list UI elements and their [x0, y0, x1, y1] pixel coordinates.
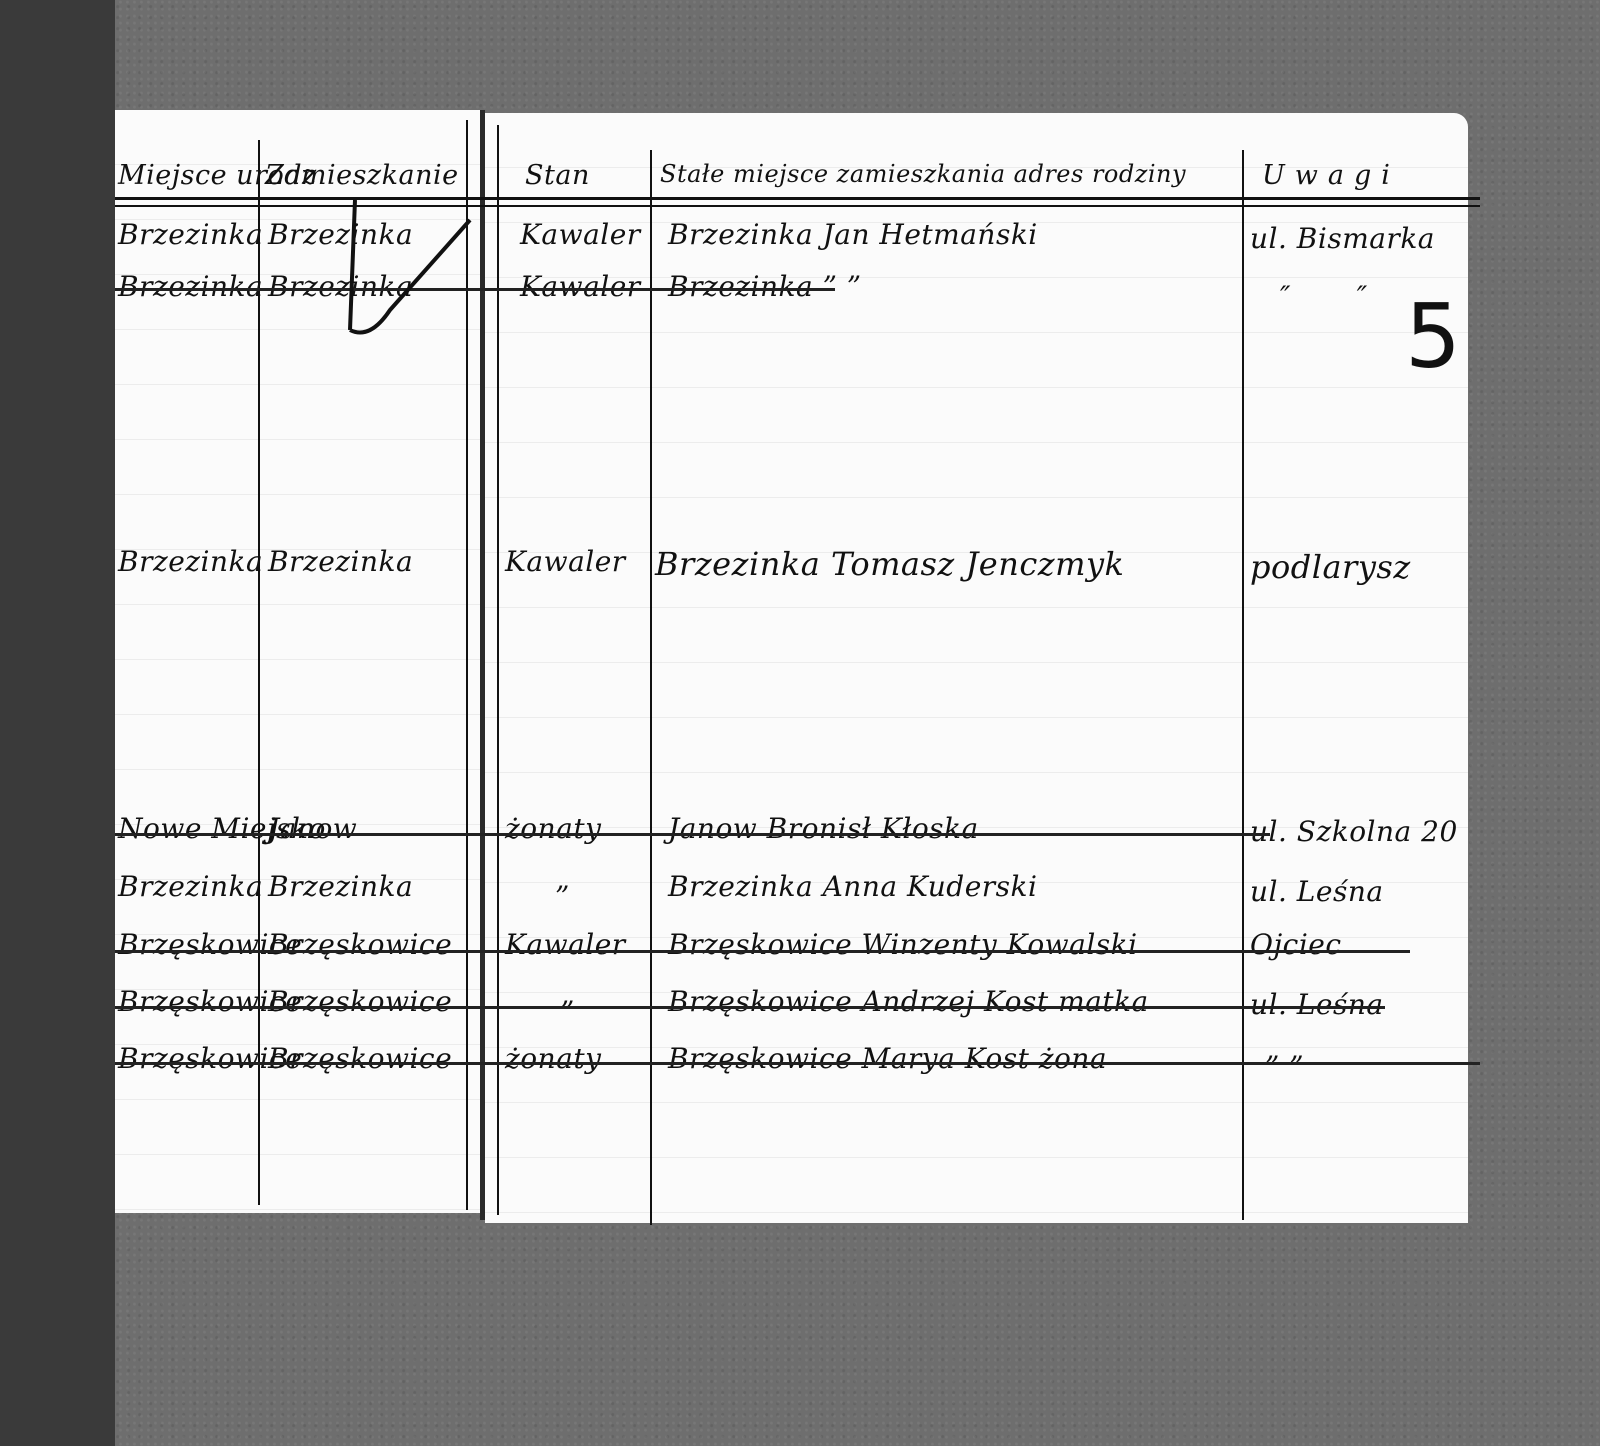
row-3-status: żonaty — [505, 812, 601, 845]
header-family-address: Stałe miejsce zamieszkania adres rodziny — [660, 160, 1186, 188]
header-remarks: Uwagi — [1262, 160, 1400, 191]
margin-number: 5 — [1405, 285, 1461, 388]
row-0-family-address: Brzezinka Jan Hetmański — [668, 218, 1038, 251]
column-rule-address — [1242, 150, 1244, 1220]
row-0-status: Kawaler — [520, 218, 641, 251]
row-3-remarks: ul. Szkolna 20 — [1250, 815, 1458, 848]
row-6-remarks: ul. Leśna — [1250, 988, 1384, 1021]
row-5-family-address: Brzęskowice Winzenty Kowalski — [668, 928, 1138, 961]
row-2-status: Kawaler — [505, 545, 626, 578]
row-4-family-address: Brzezinka Anna Kuderski — [668, 870, 1037, 903]
row-5-strikethrough — [115, 950, 1410, 953]
row-1-status: Kawaler — [520, 270, 641, 303]
row-3-family-address: Janow Bronisł Kłoska — [668, 812, 979, 845]
scan-shadow-left — [0, 0, 115, 1446]
row-4-residence: Brzezinka — [268, 870, 413, 903]
row-7-strikethrough — [115, 1062, 1480, 1065]
row-0-birthplace: Brzezinka — [118, 218, 263, 251]
row-0-remarks: ul. Bismarka — [1250, 222, 1435, 255]
header-rule-bottom — [115, 205, 1480, 207]
row-7-family-address: Brzęskowice Marya Kost żona — [668, 1042, 1107, 1075]
header-rule-top — [115, 197, 1480, 200]
row-6-residence: Brzęskowice — [268, 985, 452, 1018]
row-4-birthplace: Brzezinka — [118, 870, 263, 903]
cancellation-mark-icon — [330, 180, 480, 340]
row-1-family-address: Brzezinka ” ” — [668, 270, 862, 303]
row-4-remarks: ul. Leśna — [1250, 875, 1384, 908]
row-6-status: ” — [560, 995, 575, 1028]
row-3-strikethrough — [115, 833, 1270, 836]
row-4-status: ” — [555, 880, 570, 913]
row-6-family-address: Brzęskowice Andrzej Kost matka — [668, 985, 1149, 1018]
row-2-family-address: Brzezinka Tomasz Jenczmyk — [655, 545, 1124, 583]
header-status: Stan — [525, 160, 590, 191]
row-2-birthplace: Brzezinka — [118, 545, 263, 578]
row-6-strikethrough — [115, 1006, 1385, 1009]
row-5-status: Kawaler — [505, 928, 626, 961]
row-2-remarks: podlarysz — [1250, 548, 1411, 586]
row-1-remarks: ″ ″ — [1280, 280, 1368, 313]
row-5-remarks: Ojciec — [1250, 928, 1342, 961]
row-7-status: żonaty — [505, 1042, 601, 1075]
row-7-residence: Brzęskowice — [268, 1042, 452, 1075]
row-5-residence: Brzęskowice — [268, 928, 452, 961]
row-2-residence: Brzezinka — [268, 545, 413, 578]
row-1-birthplace: Brzezinka — [118, 270, 263, 303]
row-3-residence: Janow — [268, 812, 357, 845]
row-7-remarks: ” ” — [1265, 1050, 1304, 1083]
